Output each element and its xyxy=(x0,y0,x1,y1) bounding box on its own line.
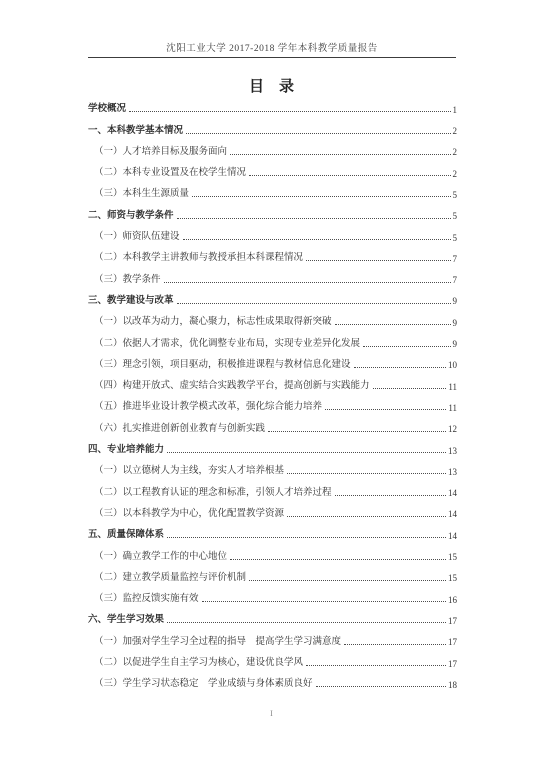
toc-entry[interactable]: 学校概况 1 xyxy=(88,97,457,118)
dot-leader xyxy=(202,601,446,602)
toc-entry-label: （一）以立德树人为主线，夯实人才培养根基 xyxy=(94,462,284,476)
toc-entry[interactable]: （二）以促进学生自主学习为核心，建设优良学风 17 xyxy=(88,651,457,672)
toc-entry-page: 16 xyxy=(448,595,457,605)
toc-entry[interactable]: 二、师资与教学条件 5 xyxy=(88,203,457,224)
toc-entry-label: （三）监控反馈实施有效 xyxy=(94,590,199,604)
toc-entry[interactable]: 三、教学建设与改革 9 xyxy=(88,289,457,310)
page-number-footer: I xyxy=(0,709,543,718)
toc-entry-page: 14 xyxy=(448,509,457,519)
toc-entry-label: 二、师资与教学条件 xyxy=(88,207,174,221)
dot-leader xyxy=(268,431,446,432)
toc-entry-label: 三、教学建设与改革 xyxy=(88,292,174,306)
toc-entry[interactable]: 四、专业培养能力 13 xyxy=(88,438,457,459)
toc-entry-label: （一）师资队伍建设 xyxy=(94,228,180,242)
toc-entry-page: 5 xyxy=(453,233,458,243)
toc-entry-page: 15 xyxy=(448,552,457,562)
toc-entry-page: 11 xyxy=(448,382,457,392)
dot-leader xyxy=(316,686,446,687)
toc-entry-page: 1 xyxy=(453,105,458,115)
dot-leader xyxy=(373,388,447,389)
toc-entry[interactable]: （一）以立德树人为主线，夯实人才培养根基 13 xyxy=(88,459,457,480)
toc-entry-page: 2 xyxy=(453,126,458,136)
toc-entry[interactable]: （二）本科专业设置及在校学生情况 2 xyxy=(88,161,457,182)
toc-entry[interactable]: （四）构建开放式、虚实结合实践教学平台，提高创新与实践能力 11 xyxy=(88,374,457,395)
toc-entry[interactable]: 五、质量保障体系 14 xyxy=(88,523,457,544)
toc-entry-page: 15 xyxy=(448,573,457,583)
document-page: 沈阳工业大学 2017-2018 学年本科教学质量报告 目 录 学校概况 1 一… xyxy=(0,0,543,768)
dot-leader xyxy=(186,133,450,134)
toc-entry-page: 17 xyxy=(448,616,457,626)
toc-entry-label: 四、专业培养能力 xyxy=(88,441,164,455)
dot-leader xyxy=(363,346,450,347)
toc-entry[interactable]: （一）师资队伍建设 5 xyxy=(88,225,457,246)
toc-entry-label: 六、学生学习效果 xyxy=(88,611,164,625)
toc-entry-label: （一）人才培养目标及服务面向 xyxy=(94,143,227,157)
toc-entry-label: （三）学生学习状态稳定 学业成绩与身体素质良好 xyxy=(94,675,313,689)
dot-leader xyxy=(167,537,446,538)
toc-entry-label: （三）理念引领，项目驱动，积极推进课程与教材信息化建设 xyxy=(94,356,351,370)
dot-leader xyxy=(325,409,446,410)
toc-entry[interactable]: 六、学生学习效果 17 xyxy=(88,608,457,629)
toc-entry[interactable]: （二）建立教学质量监控与评价机制 15 xyxy=(88,566,457,587)
dot-leader xyxy=(167,622,446,623)
toc-entry-page: 17 xyxy=(448,659,457,669)
toc-entry[interactable]: 一、本科教学基本情况 2 xyxy=(88,118,457,139)
toc-entry-label: （二）以工程教育认证的理念和标准，引领人才培养过程 xyxy=(94,484,332,498)
toc-entry[interactable]: （二）本科教学主讲教师与教授承担本科课程情况 7 xyxy=(88,246,457,267)
toc-entry[interactable]: （一）加强对学生学习全过程的指导 提高学生学习满意度 17 xyxy=(88,629,457,650)
toc-entry-page: 11 xyxy=(448,403,457,413)
dot-leader xyxy=(306,665,446,666)
toc-entry[interactable]: （六）扎实推进创新创业教育与创新实践 12 xyxy=(88,416,457,437)
toc-entry-page: 12 xyxy=(448,424,457,434)
dot-leader xyxy=(287,516,446,517)
toc-entry-page: 7 xyxy=(453,254,458,264)
dot-leader xyxy=(129,111,450,112)
toc-entry-label: （六）扎实推进创新创业教育与创新实践 xyxy=(94,420,265,434)
toc-entry-page: 5 xyxy=(453,190,458,200)
dot-leader xyxy=(192,196,450,197)
dot-leader xyxy=(230,559,446,560)
toc-entry-page: 9 xyxy=(453,296,458,306)
toc-entry-page: 17 xyxy=(448,637,457,647)
toc-entry-label: （三）以本科教学为中心，优化配置教学资源 xyxy=(94,505,284,519)
toc-entry-label: （二）以促进学生自主学习为核心，建设优良学风 xyxy=(94,654,303,668)
toc-entry[interactable]: （二）依据人才需求，优化调整专业布局，实现专业差异化发展 9 xyxy=(88,331,457,352)
dot-leader xyxy=(287,473,446,474)
toc-entry[interactable]: （三）本科生生源质量 5 xyxy=(88,182,457,203)
dot-leader xyxy=(249,175,450,176)
dot-leader xyxy=(249,580,446,581)
dot-leader xyxy=(164,282,451,283)
toc-entry[interactable]: （一）确立教学工作的中心地位 15 xyxy=(88,544,457,565)
dot-leader xyxy=(183,239,451,240)
toc-entry[interactable]: （三）教学条件 7 xyxy=(88,267,457,288)
dot-leader xyxy=(167,452,446,453)
toc-entry-label: 学校概况 xyxy=(88,100,126,114)
toc-entry-page: 2 xyxy=(453,147,458,157)
toc-entry-label: （二）本科教学主讲教师与教授承担本科课程情况 xyxy=(94,249,303,263)
toc-entry-page: 5 xyxy=(453,211,458,221)
header-title: 沈阳工业大学 2017-2018 学年本科教学质量报告 xyxy=(166,44,377,54)
toc-entry-page: 10 xyxy=(448,360,457,370)
toc-entry-page: 14 xyxy=(448,531,457,541)
toc-entry[interactable]: （三）理念引领，项目驱动，积极推进课程与教材信息化建设 10 xyxy=(88,353,457,374)
toc-list: 学校概况 1 一、本科教学基本情况 2 （一）人才培养目标及服务面向 2 （二）… xyxy=(88,97,457,693)
toc-entry[interactable]: （三）学生学习状态稳定 学业成绩与身体素质良好 18 xyxy=(88,672,457,693)
dot-leader xyxy=(230,154,450,155)
toc-entry-label: （一）加强对学生学习全过程的指导 提高学生学习满意度 xyxy=(94,633,341,647)
dot-leader xyxy=(354,367,446,368)
toc-entry-label: 一、本科教学基本情况 xyxy=(88,122,183,136)
toc-title: 目 录 xyxy=(0,75,543,96)
dot-leader xyxy=(335,324,451,325)
toc-entry[interactable]: （一）人才培养目标及服务面向 2 xyxy=(88,140,457,161)
dot-leader xyxy=(177,218,451,219)
toc-entry-page: 13 xyxy=(448,446,457,456)
toc-entry-label: 五、质量保障体系 xyxy=(88,526,164,540)
toc-entry-page: 13 xyxy=(448,467,457,477)
toc-entry-page: 14 xyxy=(448,488,457,498)
toc-entry-label: （一）确立教学工作的中心地位 xyxy=(94,548,227,562)
toc-entry-label: （二）建立教学质量监控与评价机制 xyxy=(94,569,246,583)
dot-leader xyxy=(306,260,450,261)
dot-leader xyxy=(344,644,446,645)
toc-entry-label: （三）本科生生源质量 xyxy=(94,185,189,199)
page-header: 沈阳工业大学 2017-2018 学年本科教学质量报告 xyxy=(88,40,456,58)
toc-entry[interactable]: （二）以工程教育认证的理念和标准，引领人才培养过程 14 xyxy=(88,480,457,501)
toc-entry-page: 18 xyxy=(448,680,457,690)
dot-leader xyxy=(335,495,446,496)
toc-entry-label: （三）教学条件 xyxy=(94,271,161,285)
toc-entry-page: 9 xyxy=(453,318,458,328)
toc-entry-label: （二）依据人才需求，优化调整专业布局，实现专业差异化发展 xyxy=(94,335,360,349)
toc-entry-label: （五）推进毕业设计教学模式改革，强化综合能力培养 xyxy=(94,398,322,412)
toc-entry-page: 9 xyxy=(453,339,458,349)
toc-entry-page: 2 xyxy=(453,169,458,179)
toc-entry[interactable]: （五）推进毕业设计教学模式改革，强化综合能力培养 11 xyxy=(88,395,457,416)
toc-entry-label: （一）以改革为动力，凝心聚力，标志性成果取得新突破 xyxy=(94,313,332,327)
dot-leader xyxy=(177,303,451,304)
toc-entry-label: （四）构建开放式、虚实结合实践教学平台，提高创新与实践能力 xyxy=(94,377,370,391)
toc-entry-page: 7 xyxy=(453,275,458,285)
toc-entry-label: （二）本科专业设置及在校学生情况 xyxy=(94,164,246,178)
toc-entry[interactable]: （三）以本科教学为中心，优化配置教学资源 14 xyxy=(88,502,457,523)
toc-entry[interactable]: （一）以改革为动力，凝心聚力，标志性成果取得新突破 9 xyxy=(88,310,457,331)
toc-entry[interactable]: （三）监控反馈实施有效 16 xyxy=(88,587,457,608)
